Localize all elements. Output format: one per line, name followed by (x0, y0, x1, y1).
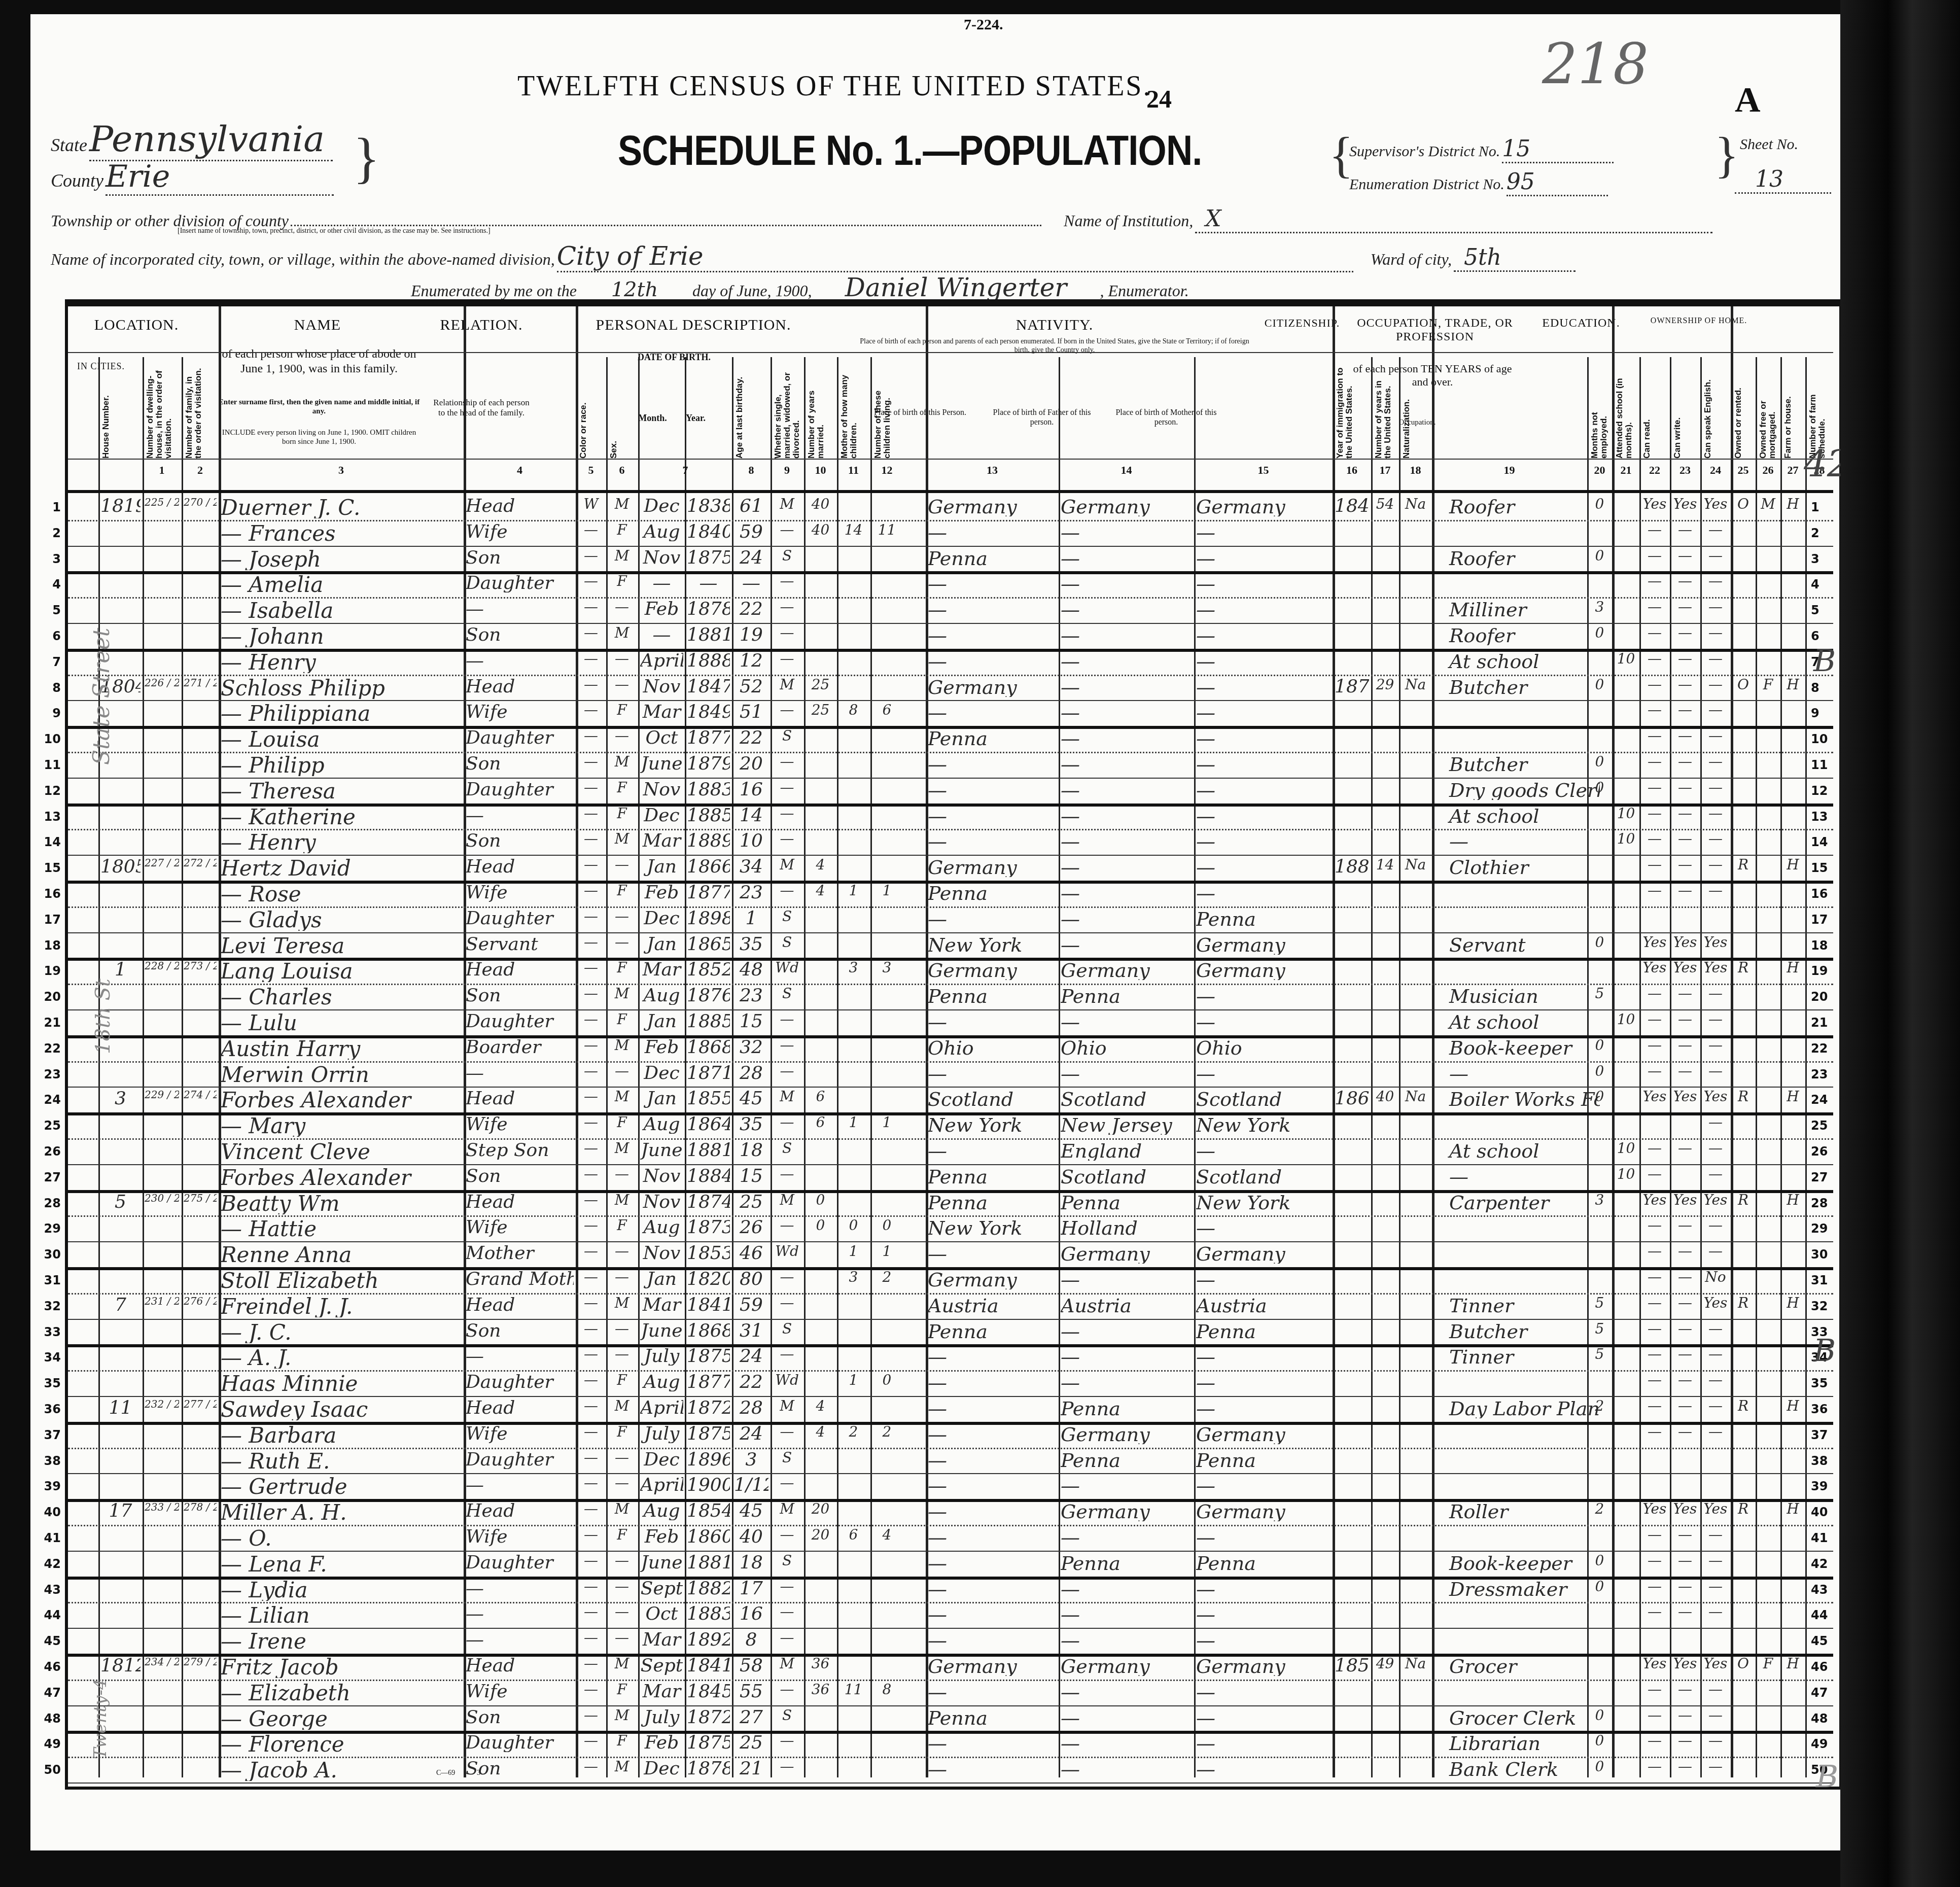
cell-age: 28 (734, 1064, 768, 1082)
cell-pob-m: — (1196, 884, 1331, 903)
cell-age: 22 (734, 1373, 768, 1391)
row-number: 25 (30, 1119, 61, 1133)
cell-month: Nov (640, 1167, 683, 1185)
row-number: 21 (1811, 1016, 1841, 1030)
table-row: 17233 / 235278 / 277Miller A. H.Head—MAu… (68, 1499, 1833, 1525)
row-number: 37 (1811, 1428, 1841, 1442)
cell-pob: Penna (928, 987, 1057, 1006)
cell-house: 1819 (100, 497, 141, 515)
cell-age: 27 (734, 1708, 768, 1727)
table-row: — Lilian———Oct188316——————— (68, 1602, 1833, 1628)
cell-write: — (1672, 858, 1698, 872)
cell-english: — (1702, 832, 1729, 846)
cell-marital: — (773, 1347, 801, 1361)
cell-name: Freindel J. J. (221, 1296, 462, 1317)
cell-year: 1871 (687, 1064, 730, 1082)
cell-pob-f: — (1061, 574, 1192, 593)
cell-sex: M (608, 626, 636, 640)
cell-free: F (1758, 1657, 1778, 1671)
table-row: — PhilippSon—MJune187920————Butcher0——— (68, 752, 1833, 778)
county-field: County Erie (51, 159, 350, 196)
cell-year: 1820 (687, 1270, 730, 1288)
cell-year: 1889 (687, 832, 730, 850)
cell-pob: — (928, 652, 1057, 671)
cell-yrs-married: 4 (806, 858, 835, 872)
column-number: 25 (1731, 464, 1756, 477)
cell-pob: — (928, 1605, 1057, 1624)
cell-month: Nov (640, 549, 683, 567)
cell-age: 24 (734, 549, 768, 567)
cell-age: 34 (734, 858, 768, 876)
cell-mother-of: 2 (839, 1425, 868, 1439)
cell-living: 8 (872, 1683, 901, 1697)
cell-pob-m: — (1196, 1580, 1331, 1599)
cell-living: 1 (872, 884, 901, 898)
cell-age: 61 (734, 497, 768, 515)
cell-relation: Son (466, 549, 574, 567)
cell-year: 1875 (687, 1347, 730, 1366)
cell-month: Mar (640, 832, 683, 850)
cell-color: — (578, 1347, 604, 1361)
cell-read: — (1641, 523, 1668, 537)
cell-pob-m: — (1196, 1683, 1331, 1702)
cell-english: — (1702, 781, 1729, 795)
cell-month: Dec (640, 807, 683, 825)
row-number: 15 (1811, 861, 1841, 875)
cell-age: 1/12 (734, 1476, 768, 1494)
cell-pob: — (928, 755, 1057, 774)
cell-color: — (578, 1218, 604, 1233)
cell-unemp: 0 (1589, 755, 1610, 769)
cell-relation: Grand Mother (466, 1270, 574, 1288)
cell-age: 55 (734, 1683, 768, 1701)
cell-write: — (1672, 1296, 1698, 1310)
column-number: 17 (1371, 464, 1399, 477)
cell-yrs-us: 14 (1373, 858, 1397, 872)
cell-marital: — (773, 574, 801, 588)
cell-english: — (1702, 1734, 1729, 1748)
cell-read: — (1641, 1322, 1668, 1336)
row-number: 27 (1811, 1170, 1841, 1184)
row-number: 46 (30, 1660, 61, 1674)
cell-owned: O (1733, 497, 1754, 511)
cell-write: — (1672, 1012, 1698, 1027)
cell-relation: — (466, 652, 574, 670)
cell-year: 1881 (687, 1554, 730, 1572)
cell-marital: M (773, 1399, 801, 1413)
table-row: — BarbaraWife—FJuly187524—422—GermanyGer… (68, 1422, 1833, 1448)
cell-age: 45 (734, 1090, 768, 1108)
cell-read: — (1641, 1683, 1668, 1697)
row-divider (68, 459, 1833, 460)
cell-occupation: Bank Clerk (1434, 1760, 1600, 1779)
cell-year: 1873 (687, 1218, 730, 1237)
cell-yrs-married: 40 (806, 497, 835, 511)
cell-color: — (578, 1605, 604, 1619)
cell-pob-m: Scotland (1196, 1090, 1331, 1109)
cell-year: 1865 (687, 935, 730, 954)
row-number: 8 (1811, 681, 1841, 695)
cell-relation: Wife (466, 1218, 574, 1237)
cell-read: Yes (1641, 935, 1668, 950)
cell-month: Nov (640, 1193, 683, 1211)
cell-read: — (1641, 1554, 1668, 1568)
cell-occupation: Day Labor Planing Mill (1434, 1399, 1600, 1418)
cell-age: 48 (734, 961, 768, 979)
cell-read: — (1641, 832, 1668, 846)
cell-name: — Gertrude (221, 1476, 462, 1497)
cell-marital: — (773, 1012, 801, 1027)
column-header-marital: Whether single, married, widowed, or div… (774, 367, 801, 459)
cell-marital: — (773, 1115, 801, 1130)
cell-pob-f: — (1061, 1760, 1192, 1779)
cell-read: — (1641, 1347, 1668, 1361)
cell-write: — (1672, 1038, 1698, 1053)
cell-color: — (578, 1064, 604, 1078)
cell-age: 18 (734, 1141, 768, 1160)
cell-year: 1877 (687, 1373, 730, 1391)
cell-farm: H (1782, 678, 1803, 692)
cell-color: — (578, 1167, 604, 1181)
row-number: 47 (30, 1686, 61, 1700)
cell-month: April (640, 1476, 683, 1494)
cell-year: 1868 (687, 1322, 730, 1340)
column-number: 21 (1612, 464, 1640, 477)
cell-marital: — (773, 1064, 801, 1078)
cell-pob-f: — (1061, 549, 1192, 568)
cell-color: — (578, 1141, 604, 1156)
cell-pob: — (928, 1734, 1057, 1753)
cell-name: Austin Harry (221, 1038, 462, 1060)
cell-unemp: 0 (1589, 678, 1610, 692)
cell-sex: F (608, 574, 636, 588)
cell-living: 2 (872, 1425, 901, 1439)
cell-relation: Head (466, 858, 574, 876)
cell-age: 16 (734, 781, 768, 799)
cell-name: Miller A. H. (221, 1502, 462, 1523)
column-header-free: Owned free or mortgaged. (1759, 367, 1778, 459)
cell-owned: R (1733, 1399, 1754, 1413)
cell-write: Yes (1672, 1193, 1698, 1207)
cell-age: 25 (734, 1193, 768, 1211)
cell-age: — (734, 574, 768, 592)
cell-yrs-us: 40 (1373, 1090, 1397, 1104)
cell-name: — Lena F. (221, 1554, 462, 1575)
cell-pob: — (928, 1631, 1057, 1650)
cell-year: 1854 (687, 1502, 730, 1520)
table-row: — Ruth E.Daughter——Dec18963S—PennaPenna (68, 1448, 1833, 1474)
cell-occupation: Grocer (1434, 1657, 1600, 1676)
cell-pob-m: — (1196, 574, 1331, 593)
cell-pob: Penna (928, 549, 1057, 568)
cell-pob-m: — (1196, 1760, 1331, 1779)
column-header-english: Can speak English. (1703, 367, 1729, 459)
row-number: 43 (1811, 1583, 1841, 1597)
column-number: 13 (926, 464, 1059, 477)
cell-pob: New York (928, 935, 1057, 955)
cell-relation: Wife (466, 1425, 574, 1443)
cell-sex: — (608, 935, 636, 950)
cell-sex: M (608, 1090, 636, 1104)
cell-dwelling: 234 / 236 (145, 1657, 179, 1667)
cell-month: Feb (640, 1528, 683, 1546)
cell-month: July (640, 1347, 683, 1366)
cell-month: Mar (640, 961, 683, 979)
cell-read: — (1641, 1244, 1668, 1259)
cell-name: — Henry (221, 652, 462, 673)
cell-year: 1900 (687, 1476, 730, 1494)
cell-write: Yes (1672, 1090, 1698, 1104)
cell-relation: — (466, 1580, 574, 1598)
cell-pob-f: — (1061, 755, 1192, 774)
enumeration-district-field: Enumeration District No. 95 (1349, 169, 1704, 196)
cell-sex: — (608, 1244, 636, 1259)
cell-nat: Na (1401, 1090, 1430, 1104)
cell-pob-f: Germany (1061, 497, 1192, 516)
row-number: 43 (30, 1583, 61, 1597)
cell-yrs-married: 4 (806, 1399, 835, 1413)
cell-write: — (1672, 626, 1698, 640)
cell-sex: — (608, 1064, 636, 1078)
cell-name: — Amelia (221, 574, 462, 596)
cell-marital: — (773, 1528, 801, 1542)
column-header-write: Can write. (1673, 367, 1698, 459)
cell-relation: Daughter (466, 910, 574, 928)
cell-read: — (1641, 1528, 1668, 1542)
cell-read: Yes (1641, 1502, 1668, 1516)
cell-pob: Germany (928, 961, 1057, 980)
cell-english: — (1702, 523, 1729, 537)
row-number: 6 (30, 629, 61, 643)
column-header-color: Color or race. (579, 367, 604, 459)
row-number: 3 (30, 552, 61, 566)
cell-age: 52 (734, 678, 768, 696)
cell-year: 1872 (687, 1399, 730, 1417)
cell-write: — (1672, 600, 1698, 614)
cell-pob-f: Austria (1061, 1296, 1192, 1315)
row-number: 41 (1811, 1531, 1841, 1545)
cell-english: — (1702, 1399, 1729, 1413)
cell-english: — (1702, 1218, 1729, 1233)
cell-pob: — (928, 807, 1057, 826)
township-hint: [Insert name of township, town, precinct… (178, 227, 491, 235)
cell-age: 32 (734, 1038, 768, 1057)
cell-relation: Head (466, 1502, 574, 1520)
cell-write: — (1672, 1760, 1698, 1774)
cell-color: — (578, 1683, 604, 1697)
cell-marital: — (773, 652, 801, 666)
cell-unemp: 2 (1589, 1502, 1610, 1516)
cell-read: — (1641, 1760, 1668, 1774)
cell-pob-f: — (1061, 1631, 1192, 1650)
cell-house: 3 (100, 1090, 141, 1108)
cell-color: — (578, 1244, 604, 1259)
cell-relation: — (466, 1347, 574, 1366)
cell-color: — (578, 987, 604, 1001)
cell-unemp: 0 (1589, 935, 1610, 950)
row-number: 25 (1811, 1119, 1841, 1133)
cell-read: — (1641, 1270, 1668, 1284)
column-number: 6 (606, 464, 638, 477)
margin-mark: B (1813, 643, 1836, 679)
cell-family: 276 / 275 (184, 1296, 217, 1306)
cell-english: — (1702, 1322, 1729, 1336)
cell-age: 10 (734, 832, 768, 850)
row-number: 45 (1811, 1634, 1841, 1648)
cell-pob: Scotland (928, 1090, 1057, 1109)
cell-marital: S (773, 1322, 801, 1336)
cell-marital: S (773, 910, 801, 924)
cell-age: 15 (734, 1012, 768, 1031)
cell-read: — (1641, 600, 1668, 614)
cell-name: — Rose (221, 884, 462, 905)
cell-relation: Son (466, 1322, 574, 1340)
supervisor-district-field: Supervisor's District No. 15 (1349, 136, 1704, 163)
cell-name: — Irene (221, 1631, 462, 1652)
supervisor-district-value: 15 (1502, 136, 1614, 163)
city-field: Name of incorporated city, town, or vill… (51, 241, 1816, 272)
cell-age: 3 (734, 1451, 768, 1469)
row-number: 45 (30, 1634, 61, 1648)
cell-read: — (1641, 807, 1668, 821)
cell-pob-m: New York (1196, 1193, 1331, 1212)
table-row: 1819225 / 228270 / 269Duerner J. C.HeadW… (68, 494, 1833, 520)
cell-marital: — (773, 1605, 801, 1619)
cell-marital: — (773, 1218, 801, 1233)
cell-name: Beatty Wm (221, 1193, 462, 1214)
cell-write: — (1672, 1734, 1698, 1748)
cell-name: Fritz Jacob (221, 1657, 462, 1678)
table-row: — Henry———April188812————At school10——— (68, 649, 1833, 675)
cell-year: 1874 (687, 1193, 730, 1211)
cell-color: — (578, 1012, 604, 1027)
cell-month: Nov (640, 781, 683, 799)
cell-pob-f: — (1061, 884, 1192, 903)
cell-english: — (1702, 652, 1729, 666)
cell-color: — (578, 729, 604, 743)
row-number: 2 (1811, 526, 1841, 540)
table-row: Merwin Orrin———Dec187128—————0——— (68, 1061, 1833, 1087)
cell-pob-f: Germany (1061, 1425, 1192, 1444)
cell-english: — (1702, 1012, 1729, 1027)
cell-age: 51 (734, 703, 768, 721)
cell-pob-m: — (1196, 832, 1331, 851)
cell-pob-m: — (1196, 626, 1331, 645)
column-number: 16 (1333, 464, 1371, 477)
cell-name: Stoll Elizabeth (221, 1270, 462, 1291)
row-number: 4 (30, 577, 61, 591)
row-number: 32 (1811, 1299, 1841, 1313)
cell-immig: 1846 (1335, 497, 1369, 515)
cell-pob-f: Penna (1061, 1451, 1192, 1470)
cell-english: — (1702, 987, 1729, 1001)
cell-color: — (578, 1554, 604, 1568)
cell-pob-m: — (1196, 678, 1331, 697)
cell-write: — (1672, 1528, 1698, 1542)
cell-sex: — (608, 1347, 636, 1361)
cell-write: — (1672, 1605, 1698, 1619)
cell-sex: M (608, 832, 636, 846)
table-row: 1804226 / 229271 / 270Schloss PhilippHea… (68, 675, 1833, 701)
cell-pob: — (928, 600, 1057, 619)
cell-relation: Daughter (466, 729, 574, 747)
cell-pob-f: — (1061, 1373, 1192, 1392)
row-number: 11 (30, 758, 61, 772)
cell-pob: Germany (928, 678, 1057, 697)
cell-month: Sept (640, 1580, 683, 1598)
column-number: 2 (182, 464, 219, 477)
cell-occupation: Servant (1434, 935, 1600, 955)
personal-description-header: PERSONAL DESCRIPTION. (534, 317, 853, 334)
table-row: — Lena F.Daughter——June188118S—PennaPenn… (68, 1551, 1833, 1577)
cell-color: — (578, 1502, 604, 1516)
cell-occupation: At school (1434, 807, 1600, 826)
cell-month: Dec (640, 497, 683, 515)
cell-year: 1855 (687, 1090, 730, 1108)
cell-pob-f: — (1061, 1683, 1192, 1702)
cell-free: F (1758, 678, 1778, 692)
cell-pob-m: New York (1196, 1115, 1331, 1135)
cell-relation: Wife (466, 1528, 574, 1546)
cell-farm: H (1782, 961, 1803, 975)
row-divider (68, 352, 1833, 353)
cell-color: — (578, 1451, 604, 1465)
cell-color: — (578, 1115, 604, 1130)
cell-read: — (1641, 755, 1668, 769)
cell-month: Nov (640, 678, 683, 696)
cell-pob: Germany (928, 1657, 1057, 1676)
cell-pob-f: — (1061, 600, 1192, 619)
table-row: — LouisaDaughter——Oct187722SPenna————— (68, 726, 1833, 752)
cell-month: June (640, 1554, 683, 1572)
cell-unemp: 5 (1589, 1296, 1610, 1310)
cell-pob-m: — (1196, 781, 1331, 800)
cell-pob-f: — (1061, 523, 1192, 542)
cell-relation: Boarder (466, 1038, 574, 1057)
cell-write: Yes (1672, 961, 1698, 975)
cell-english: Yes (1702, 935, 1729, 950)
cell-marital: Wd (773, 1373, 801, 1387)
table-row: 1228 / 231273 / 272Lang LouisaHead—FMar1… (68, 958, 1833, 984)
cell-name: — George (221, 1708, 462, 1730)
row-number: 17 (1811, 913, 1841, 927)
cell-mother-of: 11 (839, 1683, 868, 1697)
cell-sex: — (608, 1605, 636, 1619)
cell-pob-m: Scotland (1196, 1167, 1331, 1186)
cell-pob-f: — (1061, 858, 1192, 877)
cell-pob-f: Scotland (1061, 1167, 1192, 1186)
column-header-yrs_married: Number of years married. (807, 367, 835, 459)
cell-color: — (578, 807, 604, 821)
cell-pob-m: — (1196, 1141, 1331, 1161)
cell-farm: H (1782, 1657, 1803, 1671)
cell-pob-f: Penna (1061, 1554, 1192, 1573)
cell-english: — (1702, 1605, 1729, 1619)
cell-occupation: Book-keeper (1434, 1554, 1600, 1573)
cell-family: 271 / 270 (184, 678, 217, 688)
cell-color: — (578, 1708, 604, 1723)
cell-age: 59 (734, 523, 768, 541)
cell-sex: F (608, 1115, 636, 1130)
cell-color: W (578, 497, 604, 511)
cell-year: 1872 (687, 1708, 730, 1727)
row-number: 48 (30, 1711, 61, 1726)
row-number: 8 (30, 681, 61, 695)
cell-pob-f: — (1061, 652, 1192, 671)
cell-sex: F (608, 1218, 636, 1233)
cell-year: 1881 (687, 1141, 730, 1160)
cell-relation: Daughter (466, 1373, 574, 1391)
